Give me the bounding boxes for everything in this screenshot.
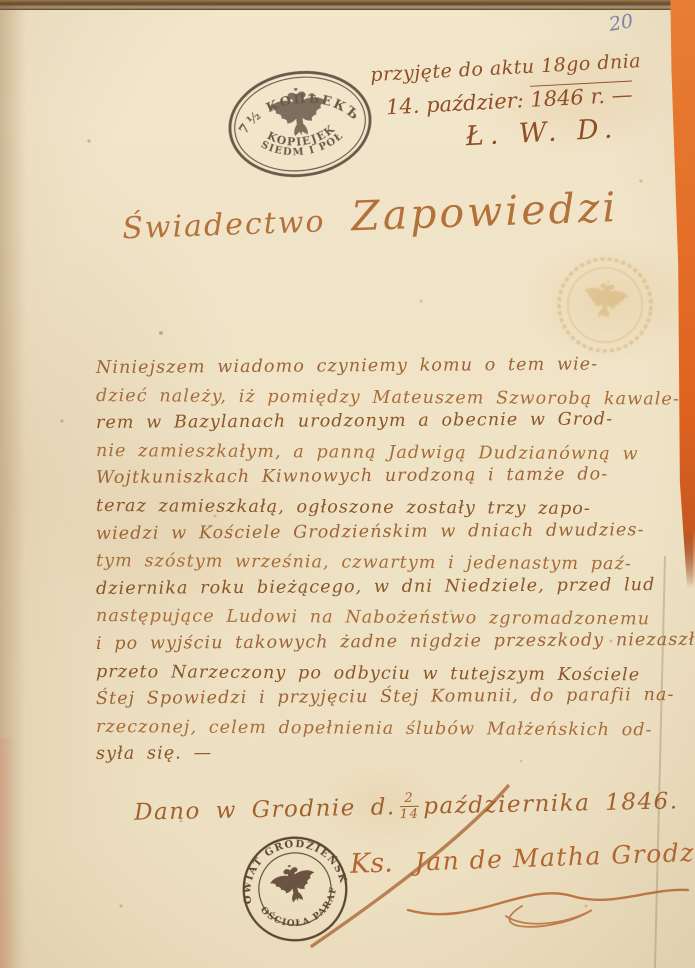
registry-note-line2-year: 1846 r. —	[530, 80, 633, 111]
registry-note-line2-date: 14. paździer:	[385, 88, 531, 120]
page-number: 20	[607, 10, 634, 36]
imperial-eagle-icon	[581, 278, 631, 321]
revenue-stamp: 7½ КОПѢЕКЪ KOPIEJEK SIEDM I POŁ	[217, 57, 382, 191]
document-title: ŚwiadectwoZapowiedzi	[121, 184, 602, 249]
paper-edge-top	[0, 0, 695, 10]
embossed-seal	[545, 245, 665, 365]
body-line: wiedzi w Kościele Grodzieńskim w dniach …	[96, 519, 688, 551]
registry-note: przyjęte do aktu 18go dnia 14. paździer:…	[370, 48, 684, 157]
paper-corner-bottom-left	[0, 738, 16, 968]
signature-prefix: Ks.	[350, 847, 394, 879]
body-line: rem w Bazylanach urodzonym a obecnie w G…	[96, 409, 688, 441]
scanned-document-page: 20 7½ КОПѢЕКЪ KOPIEJEK SIEDM I POŁ przyj…	[0, 0, 695, 968]
body-line: i po wyjściu takowych żadne nigdzie prze…	[96, 630, 688, 662]
body-line: Śtej Spowiedzi i przyjęciu Śtej Komunii,…	[96, 685, 688, 717]
manuscript-body: Niniejszem wiadomo czyniemy komu o tem w…	[96, 358, 688, 772]
title-word-1: Świadectwo	[122, 204, 326, 246]
title-word-2: Zapowiedzi	[350, 183, 619, 240]
registry-note-line1: przyjęte do aktu 18go dnia	[370, 48, 681, 86]
body-line: Wojtkuniszkach Kiwnowych urodzoną i tamż…	[96, 464, 688, 496]
body-line: dziernika roku bieżącego, w dni Niedziel…	[96, 575, 688, 607]
body-line: syła się. —	[96, 740, 688, 772]
registry-note-initials: Ł. W. D.	[465, 110, 684, 152]
body-line: Niniejszem wiadomo czyniemy komu o tem w…	[96, 354, 688, 386]
signature-flourish	[402, 876, 694, 936]
